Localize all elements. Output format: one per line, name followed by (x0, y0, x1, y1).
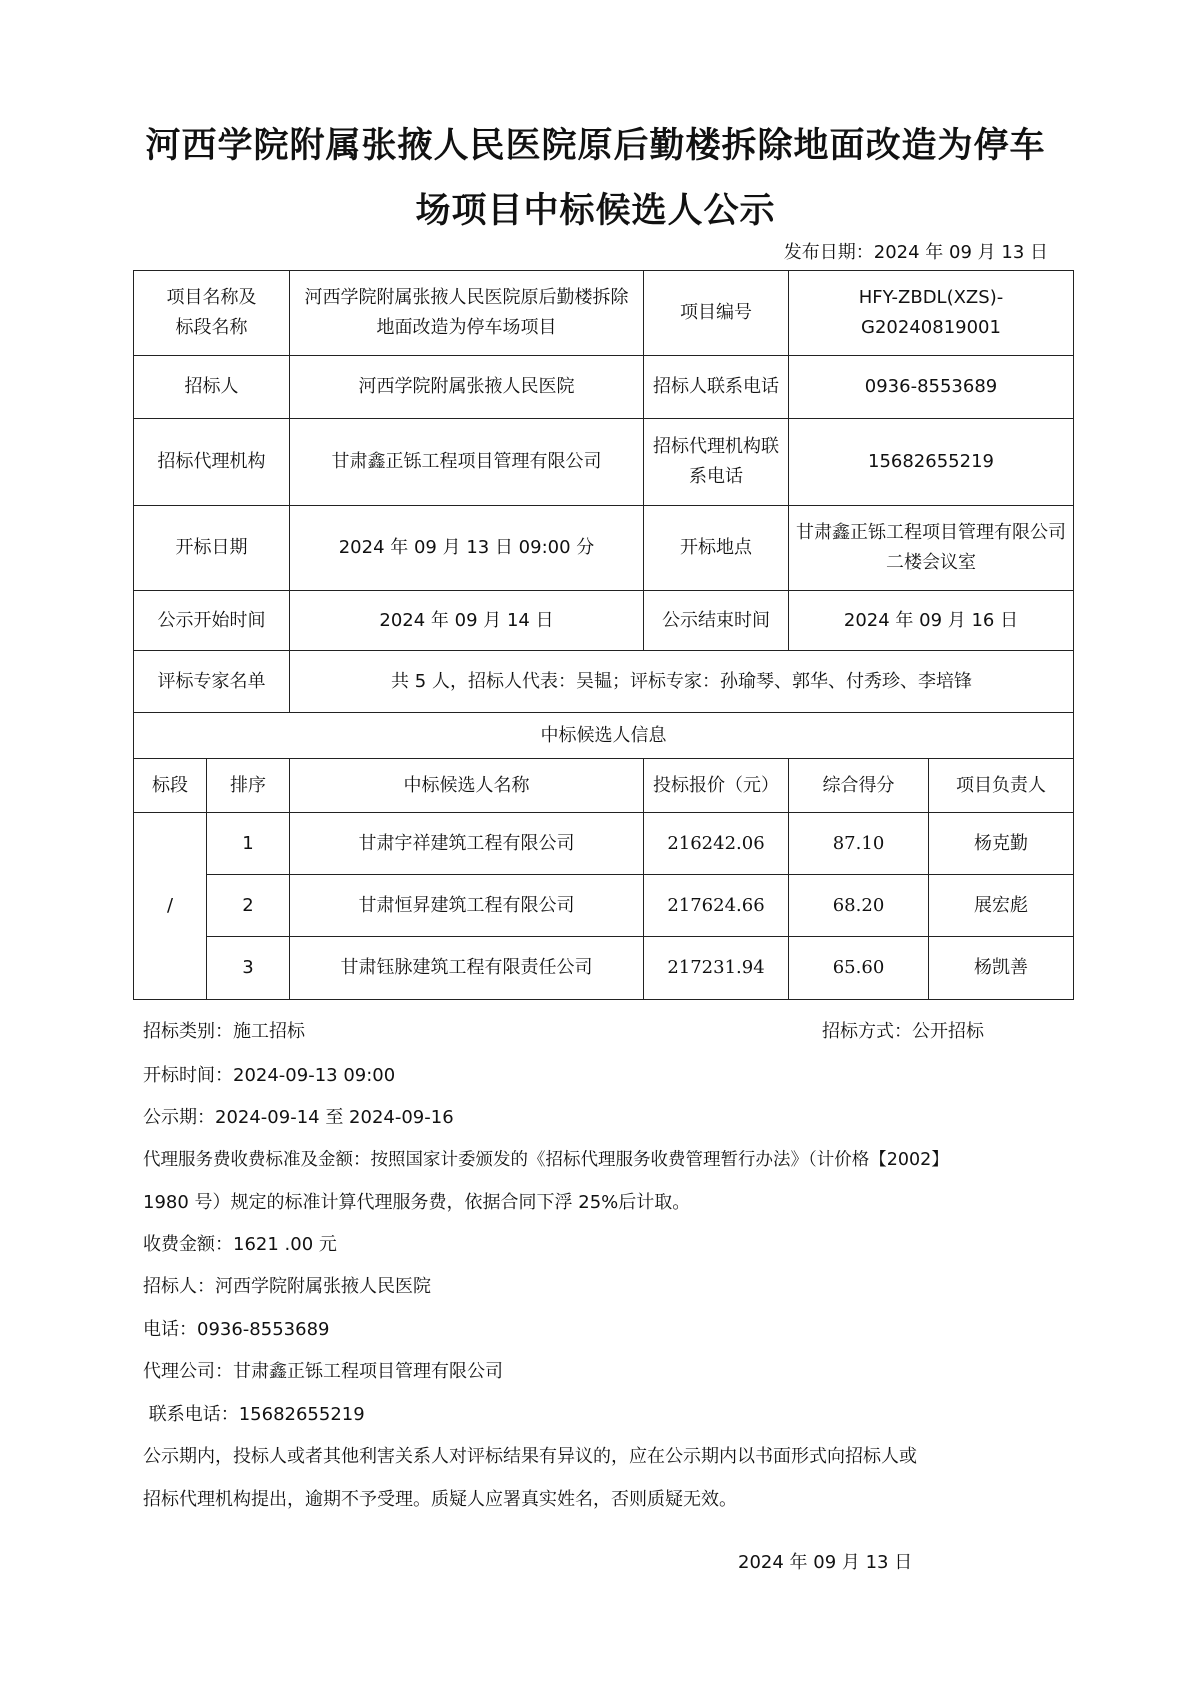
candidate-row: 3 甘肃钰脉建筑工程有限责任公司 217231.94 65.60 杨凯善 (134, 937, 1074, 1000)
candidate-name: 甘肃钰脉建筑工程有限责任公司 (290, 937, 644, 1000)
candidate-score: 87.10 (789, 813, 929, 875)
info-row-publicity: 公示开始时间 2024 年 09 月 14 日 公示结束时间 2024 年 09… (134, 591, 1074, 651)
candidates-section-title: 中标候选人信息 (134, 713, 1074, 759)
document-title-line1: 河西学院附属张掖人民医院原后勤楼拆除地面改造为停车 (0, 118, 1191, 168)
label-tenderer: 招标人 (134, 356, 290, 419)
col-header-score: 综合得分 (789, 759, 929, 813)
candidates-column-headers: 标段 排序 中标候选人名称 投标报价（元） 综合得分 项目负责人 (134, 759, 1074, 813)
candidate-manager: 杨凯善 (929, 937, 1074, 1000)
fee-standard-line2: 1980 号）规定的标准计算代理服务费，依据合同下浮 25%后计取。 (143, 1188, 690, 1214)
label-agency: 招标代理机构 (134, 419, 290, 506)
tenderer: 招标人：河西学院附属张掖人民医院 (143, 1272, 431, 1298)
candidate-manager: 杨克勤 (929, 813, 1074, 875)
value-project-name: 河西学院附属张掖人民医院原后勤楼拆除地面改造为停车场项目 (290, 271, 644, 356)
candidate-name: 甘肃恒昇建筑工程有限公司 (290, 875, 644, 937)
candidate-price: 216242.06 (644, 813, 789, 875)
info-row-opening: 开标日期 2024 年 09 月 13 日 09:00 分 开标地点 甘肃鑫正铄… (134, 506, 1074, 591)
agency: 代理公司：甘肃鑫正铄工程项目管理有限公司 (143, 1357, 503, 1383)
candidate-price: 217231.94 (644, 937, 789, 1000)
label-experts: 评标专家名单 (134, 651, 290, 713)
announcement-table: 项目名称及 标段名称 河西学院附属张掖人民医院原后勤楼拆除地面改造为停车场项目 … (133, 270, 1074, 1000)
col-header-name: 中标候选人名称 (290, 759, 644, 813)
label-project-name: 项目名称及 标段名称 (134, 271, 290, 356)
document-title-line2: 场项目中标候选人公示 (0, 183, 1191, 233)
bid-method: 招标方式：公开招标 (822, 1017, 984, 1043)
candidate-rank: 1 (207, 813, 290, 875)
sign-date: 2024 年 09 月 13 日 (738, 1548, 912, 1574)
fee-standard-line1: 代理服务费收费标准及金额：按照国家计委颁发的《招标代理服务收费管理暂行办法》（计… (143, 1146, 949, 1171)
value-agency: 甘肃鑫正铄工程项目管理有限公司 (290, 419, 644, 506)
info-row-agency: 招标代理机构 甘肃鑫正铄工程项目管理有限公司 招标代理机构联系电话 156826… (134, 419, 1074, 506)
col-header-price: 投标报价（元） (644, 759, 789, 813)
value-tenderer-phone: 0936-8553689 (789, 356, 1074, 419)
candidate-section: / (134, 813, 207, 1000)
info-row-tenderer: 招标人 河西学院附属张掖人民医院 招标人联系电话 0936-8553689 (134, 356, 1074, 419)
value-tenderer: 河西学院附属张掖人民医院 (290, 356, 644, 419)
publish-date: 发布日期：2024 年 09 月 13 日 (784, 238, 1048, 264)
tenderer-phone: 电话：0936-8553689 (143, 1315, 329, 1341)
candidate-score: 65.60 (789, 937, 929, 1000)
label-project-code: 项目编号 (644, 271, 789, 356)
agency-phone: 联系电话：15682655219 (143, 1400, 365, 1426)
value-publicity-start: 2024 年 09 月 14 日 (290, 591, 644, 651)
open-time: 开标时间：2024-09-13 09:00 (143, 1061, 395, 1087)
candidate-row: 2 甘肃恒昇建筑工程有限公司 217624.66 68.20 展宏彪 (134, 875, 1074, 937)
candidate-manager: 展宏彪 (929, 875, 1074, 937)
value-opening-date: 2024 年 09 月 13 日 09:00 分 (290, 506, 644, 591)
info-row-experts: 评标专家名单 共 5 人，招标人代表：吴韫；评标专家：孙瑜琴、郭华、付秀珍、李培… (134, 651, 1074, 713)
label-publicity-end: 公示结束时间 (644, 591, 789, 651)
candidate-row: / 1 甘肃宇祥建筑工程有限公司 216242.06 87.10 杨克勤 (134, 813, 1074, 875)
value-experts: 共 5 人，招标人代表：吴韫；评标专家：孙瑜琴、郭华、付秀珍、李培锋 (290, 651, 1074, 713)
label-opening-place: 开标地点 (644, 506, 789, 591)
candidate-rank: 3 (207, 937, 290, 1000)
candidate-name: 甘肃宇祥建筑工程有限公司 (290, 813, 644, 875)
value-opening-place: 甘肃鑫正铄工程项目管理有限公司二楼会议室 (789, 506, 1074, 591)
candidate-rank: 2 (207, 875, 290, 937)
bid-type: 招标类别：施工招标 (143, 1017, 305, 1043)
value-agency-phone: 15682655219 (789, 419, 1074, 506)
label-publicity-start: 公示开始时间 (134, 591, 290, 651)
candidate-price: 217624.66 (644, 875, 789, 937)
value-project-code: HFY-ZBDL(XZS)-G20240819001 (789, 271, 1074, 356)
label-tenderer-phone: 招标人联系电话 (644, 356, 789, 419)
col-header-section: 标段 (134, 759, 207, 813)
objection-line1: 公示期内，投标人或者其他利害关系人对评标结果有异议的，应在公示期内以书面形式向招… (143, 1442, 917, 1468)
info-row-project: 项目名称及 标段名称 河西学院附属张掖人民医院原后勤楼拆除地面改造为停车场项目 … (134, 271, 1074, 356)
col-header-rank: 排序 (207, 759, 290, 813)
candidates-header-row: 中标候选人信息 (134, 713, 1074, 759)
label-agency-phone: 招标代理机构联系电话 (644, 419, 789, 506)
fee-amount: 收费金额：1621 .00 元 (143, 1230, 337, 1256)
objection-line2: 招标代理机构提出，逾期不予受理。质疑人应署真实姓名，否则质疑无效。 (143, 1485, 737, 1511)
col-header-manager: 项目负责人 (929, 759, 1074, 813)
publicity-period: 公示期：2024-09-14 至 2024-09-16 (143, 1103, 454, 1129)
label-opening-date: 开标日期 (134, 506, 290, 591)
value-publicity-end: 2024 年 09 月 16 日 (789, 591, 1074, 651)
candidate-score: 68.20 (789, 875, 929, 937)
